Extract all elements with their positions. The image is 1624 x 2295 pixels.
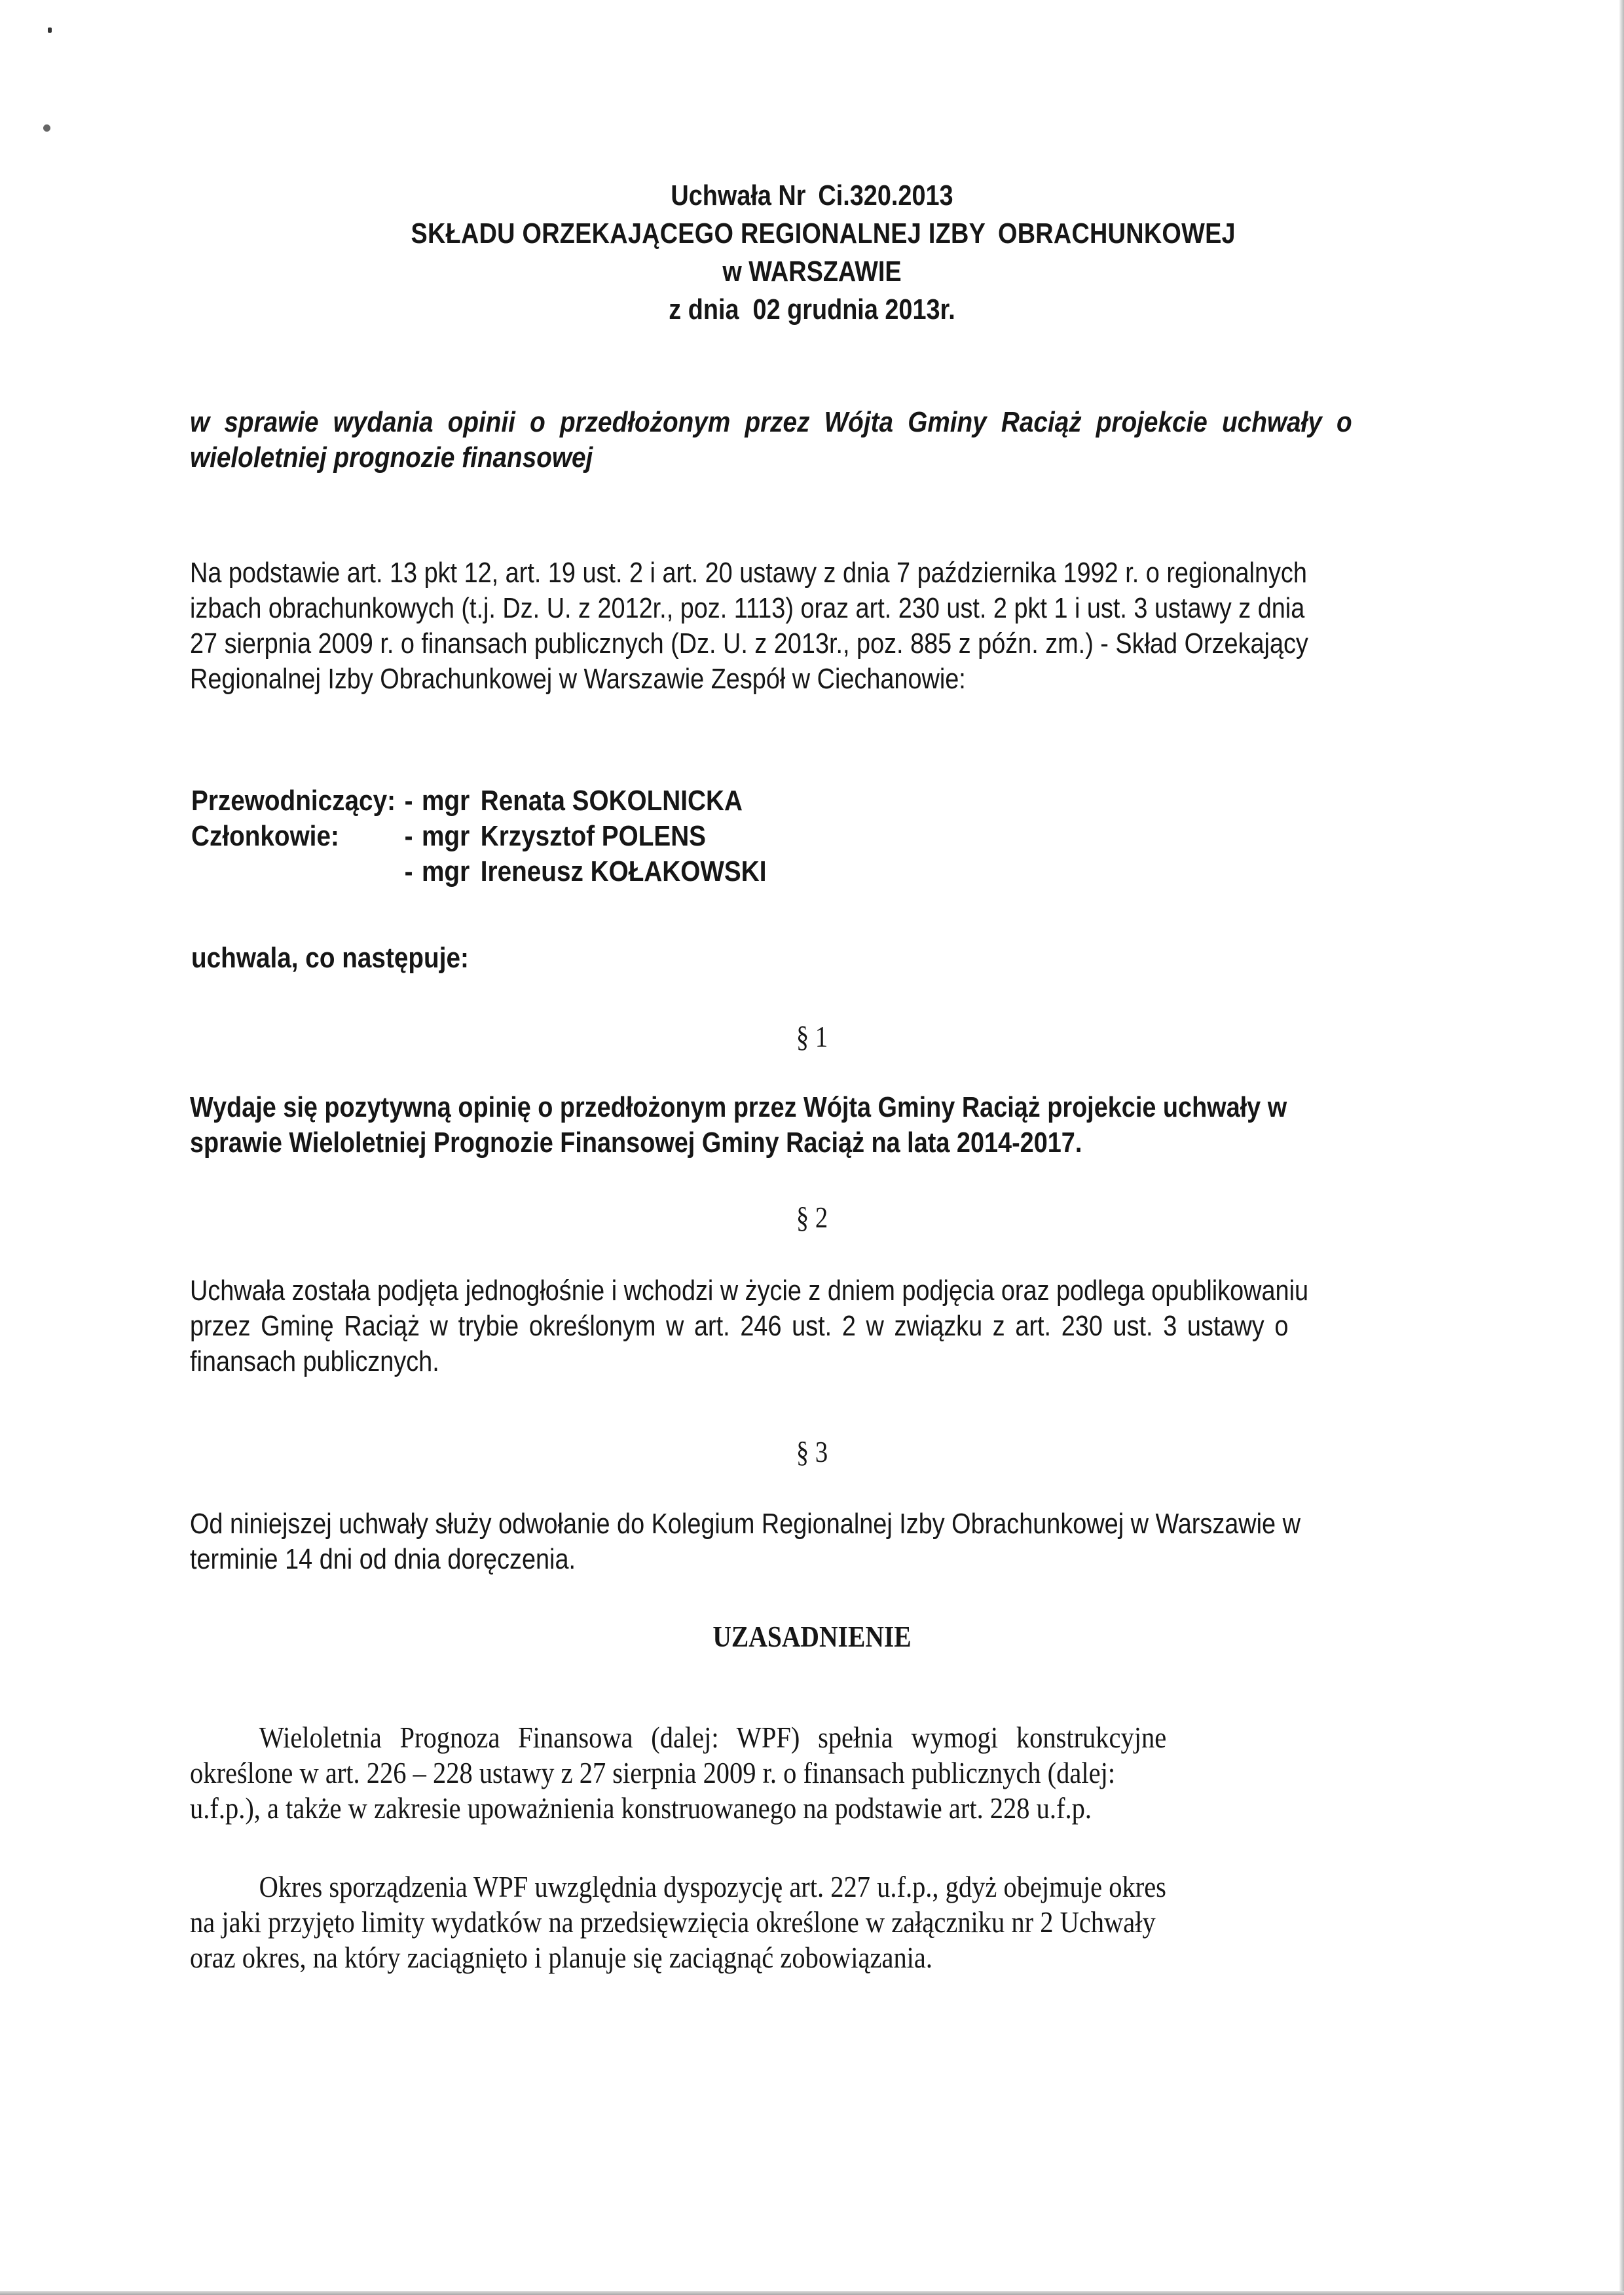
- resolution-date: z dnia 02 grudnia 2013r.: [114, 291, 1511, 329]
- scan-speck: [43, 124, 50, 132]
- subject-line: wieloletniej prognozie finansowej: [190, 441, 593, 474]
- justification-line: na jaki przyjęto limity wydatków na prze…: [190, 1905, 1486, 1940]
- issuer-city: w WARSZAWIE: [114, 253, 1511, 291]
- section-3-text: Od niniejszej uchwały służy odwołanie do…: [190, 1506, 1457, 1577]
- panel-member: Przewodniczący: - mgr Renata SOKOLNICKA: [191, 783, 766, 819]
- section-line: Wydaje się pozytywną opinię o przedłożon…: [190, 1090, 1457, 1125]
- resolution-number-line: Uchwała NrCi.320.2013: [114, 177, 1511, 215]
- legal-basis-line: izbach obrachunkowych (t.j. Dz. U. z 201…: [190, 591, 1457, 626]
- resolution-subject: w sprawie wydania opinii o przedłożonym …: [190, 405, 1469, 476]
- section-sign-1: § 1: [130, 1019, 1494, 1054]
- member-dash: -: [405, 783, 422, 819]
- justification-paragraph: Okres sporządzenia WPF uwzględnia dyspoz…: [190, 1869, 1486, 1975]
- subject-line: w sprawie wydania opinii o przedłożonym …: [190, 405, 1469, 440]
- section-line: przez Gminę Raciąż w trybie określonym w…: [190, 1309, 1457, 1344]
- issuer-line: SKŁADU ORZEKAJĄCEGO REGIONALNEJ IZBYOBRA…: [114, 215, 1511, 253]
- member-dash: -: [405, 854, 422, 889]
- justification-line: określone w art. 226 – 228 ustawy z 27 s…: [190, 1755, 1486, 1791]
- member-title: mgr: [422, 783, 481, 819]
- justification-paragraph: Wieloletnia Prognoza Finansowa (dalej: W…: [190, 1720, 1486, 1826]
- resolves-label: uchwala, co następuje:: [191, 941, 469, 976]
- section-sign-3: § 3: [130, 1434, 1494, 1470]
- member-role: [191, 854, 405, 889]
- member-role: Członkowie:: [191, 819, 405, 854]
- legal-basis-line: Regionalnej Izby Obrachunkowej w Warszaw…: [190, 662, 1457, 697]
- panel-composition: Przewodniczący: - mgr Renata SOKOLNICKA …: [191, 783, 766, 889]
- legal-basis-line: Na podstawie art. 13 pkt 12, art. 19 ust…: [190, 555, 1457, 591]
- panel-member: - mgr Ireneusz KOŁAKOWSKI: [191, 854, 766, 889]
- member-title: mgr: [422, 854, 481, 889]
- member-name: Ireneusz KOŁAKOWSKI: [481, 854, 767, 889]
- legal-basis-line: 27 sierpnia 2009 r. o finansach publiczn…: [190, 626, 1457, 662]
- legal-basis: Na podstawie art. 13 pkt 12, art. 19 ust…: [190, 555, 1457, 697]
- resolution-number: Ci.320.2013: [818, 179, 953, 212]
- section-line: sprawie Wieloletniej Prognozie Finansowe…: [190, 1125, 1457, 1161]
- issuer-name: SKŁADU ORZEKAJĄCEGO REGIONALNEJ IZBY: [411, 217, 986, 250]
- section-line: terminie 14 dni od dnia doręczenia.: [190, 1542, 1457, 1577]
- member-dash: -: [405, 819, 422, 854]
- section-line: finansach publicznych.: [190, 1344, 1457, 1379]
- member-name: Krzysztof POLENS: [481, 819, 706, 854]
- justification-line: oraz okres, na który zaciągnięto i planu…: [190, 1940, 1486, 1975]
- scan-edge-right: [1619, 0, 1624, 2295]
- justification-title: UZASADNIENIE: [114, 1619, 1511, 1654]
- member-title: mgr: [422, 819, 481, 854]
- justification-line: Wieloletnia Prognoza Finansowa (dalej: W…: [190, 1720, 1486, 1755]
- section-line: Uchwała została podjęta jednogłośnie i w…: [190, 1273, 1457, 1309]
- section-2-text: Uchwała została podjęta jednogłośnie i w…: [190, 1273, 1457, 1379]
- member-role: Przewodniczący:: [191, 783, 405, 819]
- document-header: Uchwała NrCi.320.2013 SKŁADU ORZEKAJĄCEG…: [114, 177, 1511, 329]
- issuer-name-cont: OBRACHUNKOWEJ: [998, 217, 1236, 250]
- resolution-number-label: Uchwała Nr: [671, 179, 805, 212]
- section-1-text: Wydaje się pozytywną opinię o przedłożon…: [190, 1090, 1457, 1161]
- scan-speck: [48, 28, 52, 33]
- section-sign-2: § 2: [130, 1200, 1494, 1235]
- scan-edge-bottom: [0, 2291, 1624, 2295]
- panel-member: Członkowie: - mgr Krzysztof POLENS: [191, 819, 766, 854]
- member-name: Renata SOKOLNICKA: [481, 783, 743, 819]
- section-line: Od niniejszej uchwały służy odwołanie do…: [190, 1506, 1457, 1542]
- justification-line: Okres sporządzenia WPF uwzględnia dyspoz…: [190, 1869, 1486, 1905]
- justification-line: u.f.p.), a także w zakresie upoważnienia…: [190, 1791, 1486, 1826]
